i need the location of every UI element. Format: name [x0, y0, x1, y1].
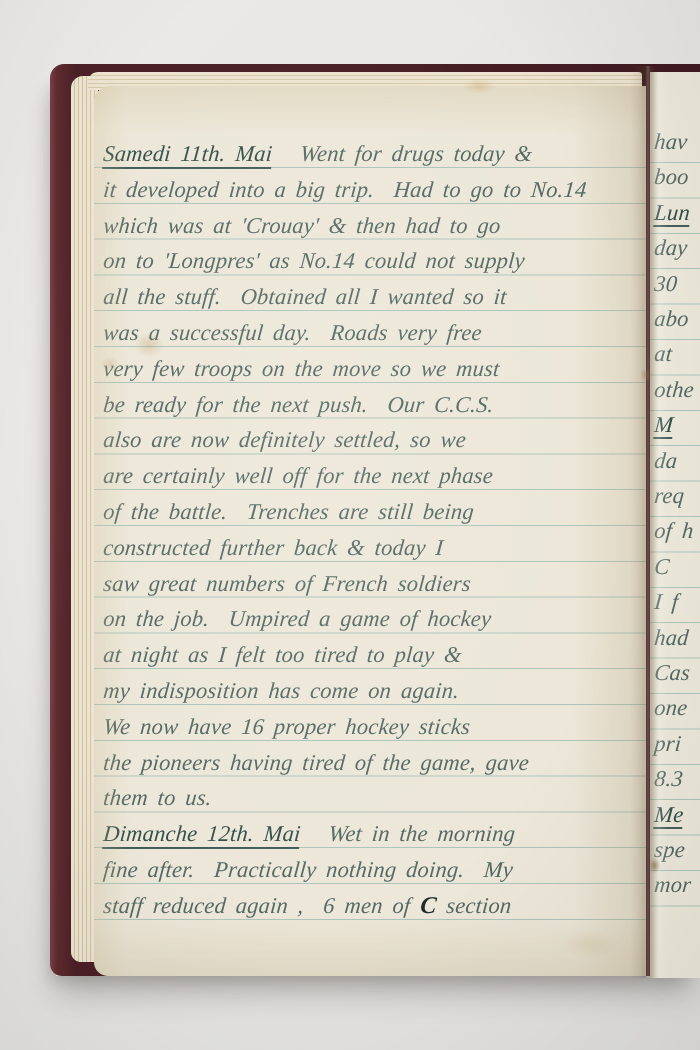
diary-line: saw great numbers of French soldiers — [102, 568, 472, 600]
diary-line: on to 'Longpres' as No.14 could not supp… — [102, 245, 526, 277]
diary-text: C — [653, 554, 670, 579]
diary-line: be ready for the next push. Our C.C.S. — [102, 389, 495, 421]
diary-line: was a successful day. Roads very free — [102, 317, 483, 349]
diary-text: was a successful day. Roads very free — [102, 320, 483, 345]
diary-line-fragment: req — [653, 480, 686, 512]
diary-line-fragment: pri — [653, 728, 683, 760]
diary-text: of the battle. Trenches are still being — [102, 499, 475, 524]
diary-line: the pioneers having tired of the game, g… — [102, 747, 530, 779]
diary-line-fragment: Cas — [653, 657, 691, 689]
diary-text: at — [653, 341, 673, 366]
left-page: Samedi 11th. MaiWent for drugs today &it… — [94, 86, 646, 976]
diary-text: on to 'Longpres' as No.14 could not supp… — [102, 248, 526, 273]
diary-text: it developed into a big trip. Had to go … — [102, 177, 587, 202]
diary-text: the pioneers having tired of the game, g… — [102, 750, 530, 775]
date-header: Samedi 11th. Mai — [102, 141, 273, 169]
diary-line: constructed further back & today I — [102, 532, 445, 564]
diary-text: othe — [653, 377, 695, 402]
diary-text: 30 — [653, 271, 678, 296]
diary-line: it developed into a big trip. Had to go … — [102, 174, 588, 206]
diary-text: also are now definitely settled, so we — [102, 427, 467, 452]
diary-line: also are now definitely settled, so we — [102, 424, 467, 456]
diary-line-fragment: Lun — [653, 197, 691, 229]
diary-line: Samedi 11th. MaiWent for drugs today & — [102, 138, 534, 170]
diary-line-fragment: spe — [653, 834, 686, 866]
diary-line: of the battle. Trenches are still being — [102, 496, 475, 528]
date-header: Me — [653, 802, 685, 829]
diary-line-fragment: M — [653, 409, 675, 441]
diary-line: Dimanche 12th. MaiWet in the morning — [102, 818, 517, 850]
diary-photo: havbooLunday30aboatotheMdareqof hCI fhad… — [0, 0, 700, 1050]
diary-line-fragment: had — [653, 622, 690, 654]
diary-line: very few troops on the move so we must — [102, 353, 501, 385]
diary-line-fragment: at — [653, 338, 674, 370]
diary-line-fragment: of h — [653, 515, 695, 547]
diary-text: constructed further back & today I — [102, 535, 444, 560]
diary-text: Went for drugs today & — [299, 141, 533, 166]
right-page: havbooLunday30aboatotheMdareqof hCI fhad… — [650, 72, 700, 978]
diary-line-fragment: abo — [653, 303, 690, 335]
diary-text: req — [653, 483, 685, 508]
diary-line-fragment: C — [653, 551, 671, 583]
diary-line: are certainly well off for the next phas… — [102, 460, 494, 492]
diary-line: them to us. — [102, 782, 213, 814]
diary-text: fine after. Practically nothing doing. M… — [102, 857, 514, 882]
diary-text: I f — [653, 589, 679, 614]
diary-text: them to us. — [102, 785, 213, 810]
date-header: Dimanche 12th. Mai — [102, 821, 302, 849]
diary-text: on the job. Umpired a game of hockey — [102, 606, 492, 631]
diary-text: of h — [653, 518, 694, 543]
diary-line: on the job. Umpired a game of hockey — [102, 603, 493, 635]
diary-text: spe — [653, 837, 686, 862]
diary-text: boo — [653, 164, 690, 189]
diary-line: at night as I felt too tired to play & — [102, 639, 463, 671]
diary-line-fragment: day — [653, 232, 689, 264]
diary-text: staff reduced again , 6 men of — [102, 893, 421, 918]
diary-text: Cas — [653, 660, 691, 685]
diary-text: one — [653, 695, 688, 720]
diary-text: day — [653, 235, 688, 260]
diary-text: section — [435, 893, 512, 918]
diary-text: da — [653, 448, 678, 473]
diary-line-fragment: I f — [653, 586, 680, 618]
diary-line: all the stuff. Obtained all I wanted so … — [102, 281, 508, 313]
diary-text: saw great numbers of French soldiers — [102, 571, 472, 596]
diary-text: 8.3 — [653, 766, 684, 791]
diary-text: at night as I felt too tired to play & — [102, 642, 463, 667]
diary-text: mor — [653, 872, 692, 897]
diary-line-fragment: 30 — [653, 268, 679, 300]
diary-line: which was at 'Crouay' & then had to go — [102, 210, 502, 242]
date-header: M — [653, 412, 674, 439]
diary-line-fragment: hav — [653, 126, 689, 158]
diary-line: We now have 16 proper hockey sticks — [102, 711, 472, 743]
diary-line: staff reduced again , 6 men of C section — [102, 890, 513, 922]
diary-line: fine after. Practically nothing doing. M… — [102, 854, 514, 886]
diary-text: hav — [653, 129, 688, 154]
diary-text: all the stuff. Obtained all I wanted so … — [102, 284, 508, 309]
diary-text: We now have 16 proper hockey sticks — [102, 714, 471, 739]
diary-text: pri — [653, 731, 682, 756]
date-header: Lun — [653, 200, 691, 227]
diary-text: be ready for the next push. Our C.C.S. — [102, 392, 494, 417]
diary-text: which was at 'Crouay' & then had to go — [102, 213, 501, 238]
diary-text: very few troops on the move so we must — [102, 356, 500, 381]
diary-text: my indisposition has come on again. — [102, 678, 460, 703]
diary-line-fragment: boo — [653, 161, 690, 193]
diary-line-fragment: Me — [653, 799, 685, 831]
diary-text: abo — [653, 306, 690, 331]
diary-line-fragment: mor — [653, 869, 693, 901]
diary-line-fragment: othe — [653, 374, 695, 406]
diary-text: had — [653, 625, 690, 650]
diary-text: are certainly well off for the next phas… — [102, 463, 494, 488]
diary-line-fragment: one — [653, 692, 689, 724]
diary-line: my indisposition has come on again. — [102, 675, 461, 707]
diary-text: Wet in the morning — [328, 821, 517, 846]
diary-line-fragment: 8.3 — [653, 763, 685, 795]
diary-line-fragment: da — [653, 445, 679, 477]
